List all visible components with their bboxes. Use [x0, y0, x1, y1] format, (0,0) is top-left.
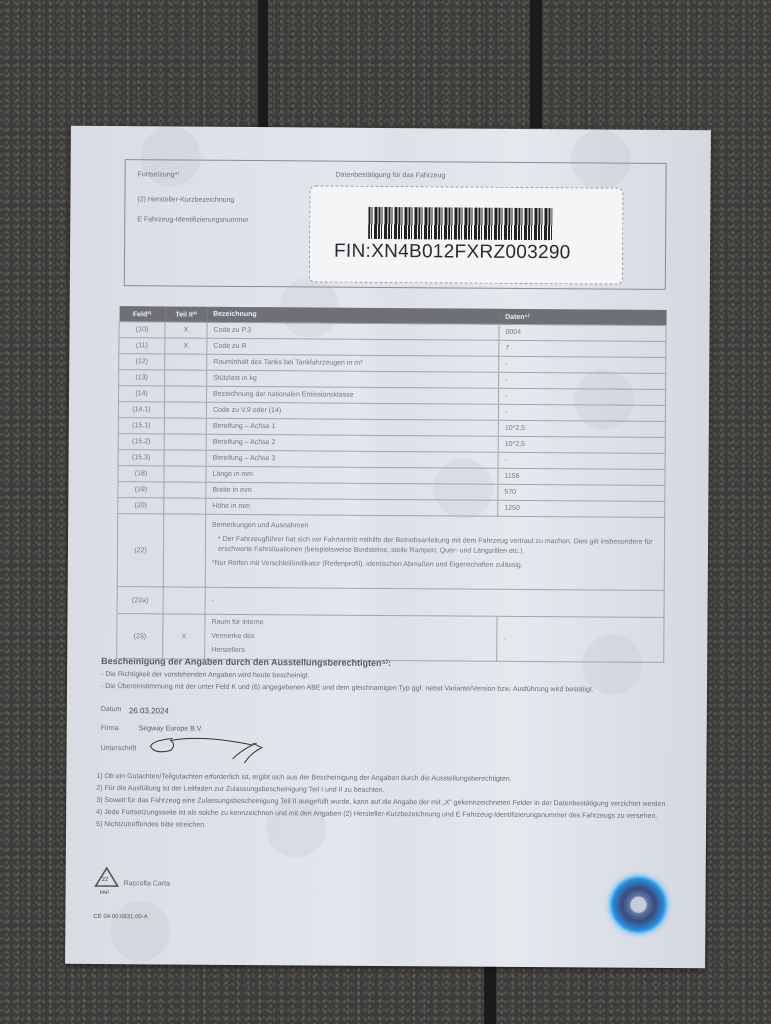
teil-cell: [163, 514, 206, 587]
feld-cell: (22): [117, 514, 164, 587]
fin-label: E Fahrzeug-Identifizierungsnummer: [137, 216, 248, 224]
feld-cell: (23): [117, 614, 163, 659]
hersteller-label: (2) Hersteller-Kurzbezeichnung: [137, 196, 234, 204]
remarks-cell: Bemerkungen und Ausnahmen * Der Fahrzeug…: [205, 514, 664, 590]
feld-cell: (14): [119, 386, 165, 402]
unterschrift-label: Unterschrift: [101, 743, 137, 755]
teil-cell: [164, 402, 206, 418]
feld-cell: (20): [118, 498, 164, 514]
feld-cell: (15.2): [118, 434, 164, 450]
line: Vermerke des: [211, 630, 490, 646]
teil-cell: [164, 466, 206, 482]
daten-cell: 10*2,5: [498, 420, 665, 437]
datenbestaetigung-label: Datenbestätigung für das Fahrzeug: [336, 172, 446, 180]
teil-cell: [164, 418, 206, 434]
certification-title: Bescheinigung der Angaben durch den Auss…: [101, 656, 391, 669]
teil-cell: [165, 354, 207, 370]
table-row-22a: (22a) -: [117, 587, 664, 618]
feld-cell: (11): [119, 338, 165, 354]
watermark-logo: [110, 901, 170, 961]
teil-cell: X: [163, 614, 205, 659]
recycling-sub: PAP: [100, 890, 110, 896]
pavement-joint: [530, 0, 542, 128]
firma-label: Firma: [101, 723, 119, 735]
datum-label: Datum: [101, 704, 122, 716]
pavement-joint: [258, 0, 268, 128]
teil-cell: [164, 482, 206, 498]
teil-cell: [163, 587, 205, 614]
document-page: Fortsetzung⁴⁾ (2) Hersteller-Kurzbezeich…: [65, 126, 711, 968]
daten-cell: -: [498, 404, 665, 421]
teil-cell: [165, 370, 207, 386]
daten-cell: -: [498, 452, 665, 469]
barcode: [368, 207, 552, 240]
col-feld: Feld²⁾: [119, 306, 165, 322]
signature: [142, 732, 272, 767]
teil-cell: [165, 386, 207, 402]
daten-cell: 10*2,5: [498, 436, 665, 453]
hologram-seal-icon: [609, 876, 667, 934]
remarks-title: Bemerkungen und Ausnahmen: [212, 521, 658, 534]
data-table: Feld²⁾ Teil II³⁾ Bezeichnung Daten⁵⁾ (10…: [116, 306, 666, 663]
daten-cell: 1250: [498, 500, 665, 517]
feld-cell: (14.1): [118, 402, 164, 418]
fin-value: FIN:XN4B012FXRZ003290: [334, 241, 571, 265]
recycling-code: 22: [102, 877, 109, 883]
document-code: CE 04.00.0831.00-A: [93, 914, 147, 920]
teil-cell: [164, 498, 206, 514]
daten-cell: -: [498, 388, 665, 405]
teil-cell: [164, 434, 206, 450]
daten-cell: 7: [499, 340, 666, 357]
daten-cell: -: [499, 372, 666, 389]
daten-cell: 1156: [498, 468, 665, 485]
feld-cell: (10): [119, 322, 165, 338]
bezeichnung-cell: Raum für interne Vermerke des Hersteller…: [205, 614, 497, 661]
recycling-label: Raccolta Carta: [124, 878, 170, 890]
feld-cell: (15.1): [118, 418, 164, 434]
feld-cell: (13): [119, 370, 165, 386]
remarks-note-2: *Nur Reifen mit Verschleißindikator (Rei…: [212, 559, 658, 572]
fin-sticker: FIN:XN4B012FXRZ003290: [309, 185, 624, 284]
footnotes: 1) Ob ein Gutachten/Teilgutachten erford…: [96, 771, 686, 835]
pavement-joint: [484, 966, 496, 1024]
remarks-note-1: * Der Fahrzeugführer hat sich vor Fahrta…: [212, 535, 658, 558]
feld-cell: (19): [118, 482, 164, 498]
col-teil: Teil II³⁾: [165, 306, 207, 322]
table-row-23: (23) X Raum für interne Vermerke des Her…: [117, 614, 664, 663]
daten-cell: 0004: [499, 324, 666, 341]
value-cell: -: [205, 587, 664, 617]
feld-cell: (12): [119, 354, 165, 370]
table-row-22: (22) Bemerkungen und Ausnahmen * Der Fah…: [117, 514, 664, 591]
daten-cell: -: [499, 356, 666, 373]
datum-value: 26.03.2024: [129, 706, 169, 715]
feld-cell: (18): [118, 466, 164, 482]
fortsetzung-label: Fortsetzung⁴⁾: [138, 170, 180, 178]
teil-cell: X: [165, 338, 207, 354]
col-daten: Daten⁵⁾: [499, 309, 666, 326]
feld-cell: (15.3): [118, 450, 164, 466]
teil-cell: X: [165, 322, 207, 338]
feld-cell: (22a): [117, 587, 163, 614]
daten-cell: -: [497, 616, 664, 662]
vehicle-id-box: Fortsetzung⁴⁾ (2) Hersteller-Kurzbezeich…: [124, 159, 667, 290]
daten-cell: 570: [498, 484, 665, 501]
teil-cell: [164, 450, 206, 466]
